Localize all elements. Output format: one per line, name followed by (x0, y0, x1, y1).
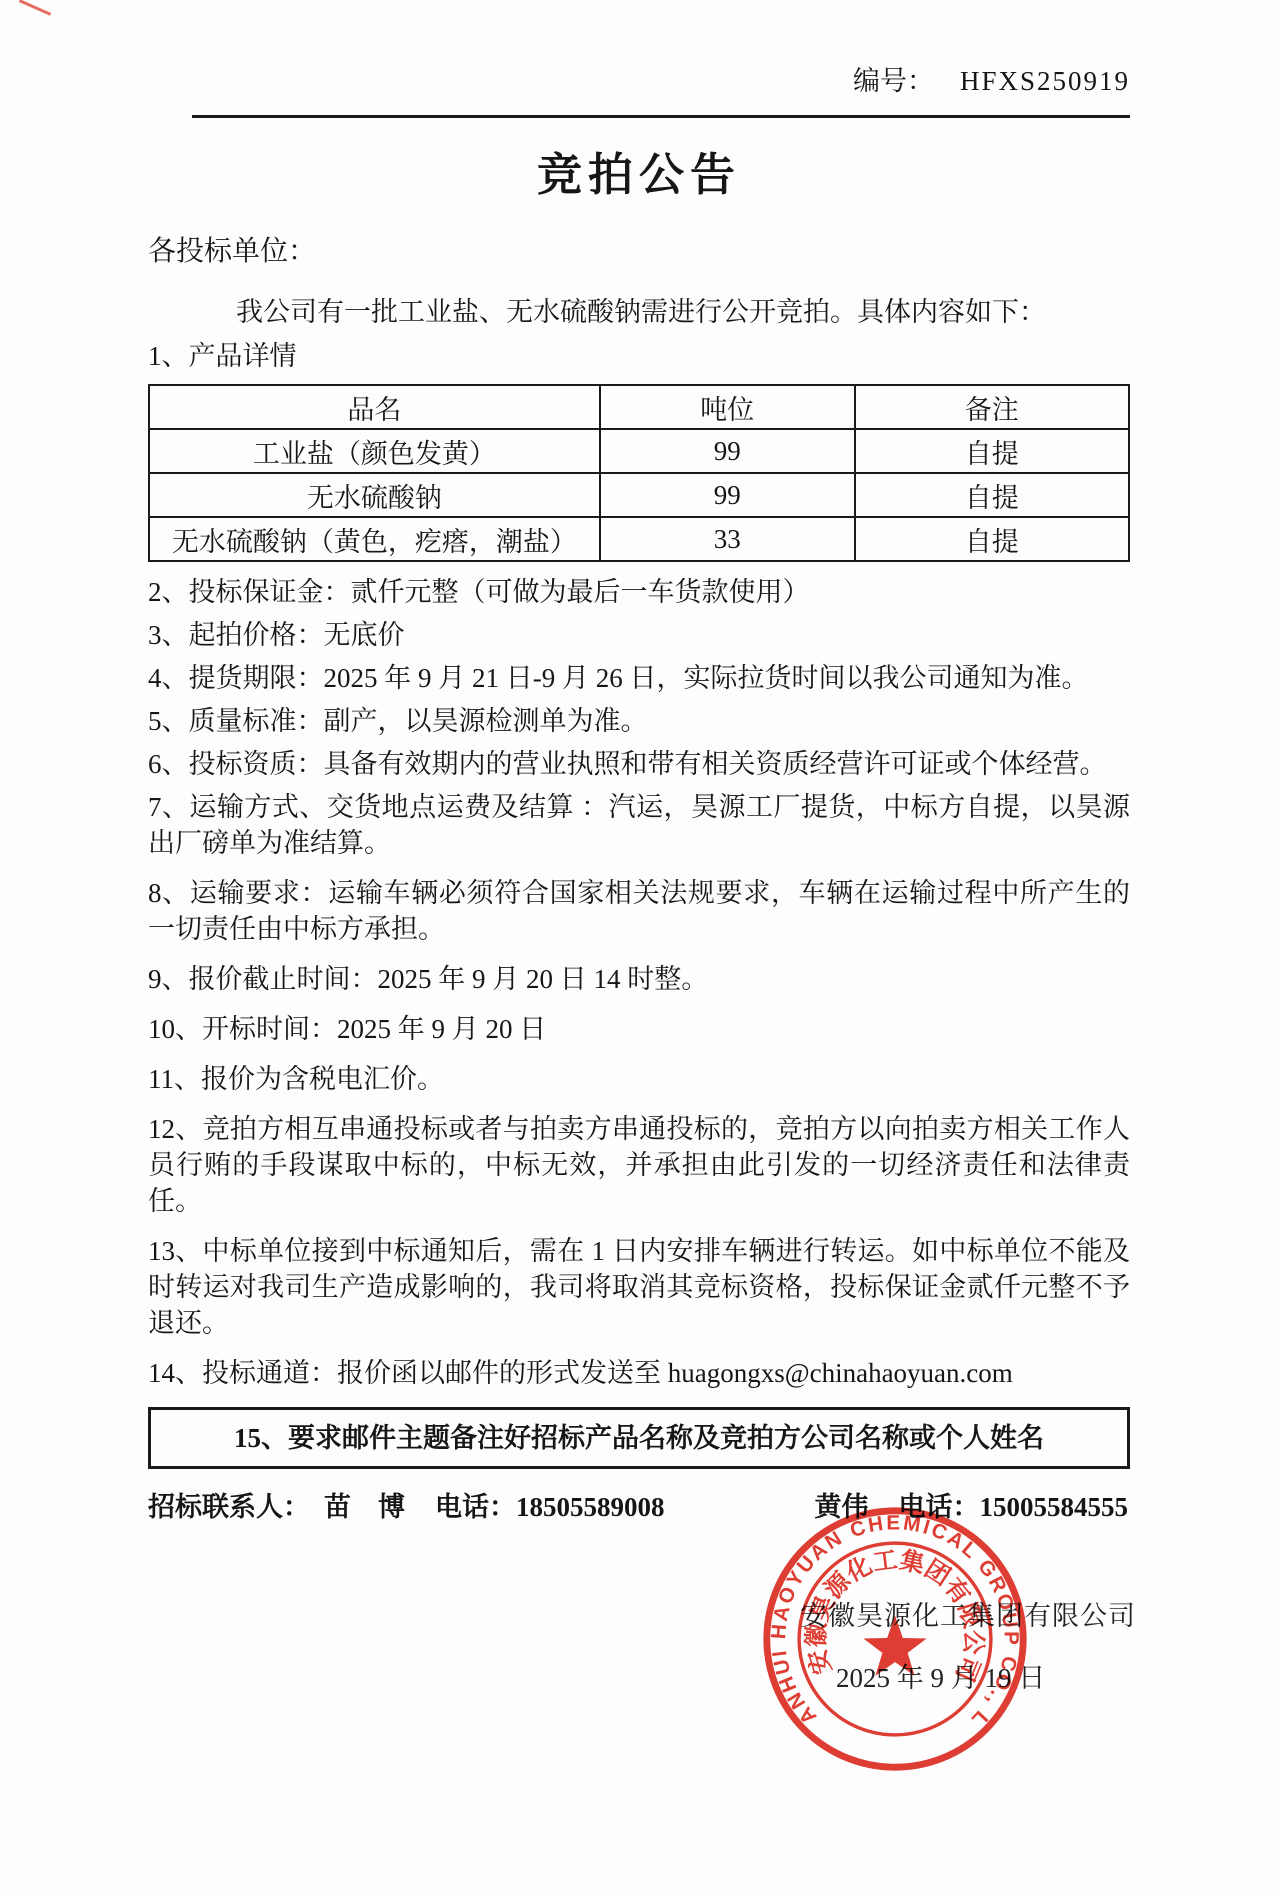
page-title: 竞拍公告 (148, 144, 1130, 206)
notice-item-3: 3、起拍价格：无底价 (148, 617, 1130, 653)
product-name: 无水硫酸钠（黄色，疙瘩，潮盐） (149, 517, 600, 561)
product-tonnage: 99 (600, 473, 855, 517)
column-header-name: 品名 (149, 385, 600, 429)
product-tonnage: 33 (600, 517, 855, 561)
notice-item-6: 6、投标资质：具备有效期内的营业执照和带有相关资质经营许可证或个体经营。 (148, 746, 1130, 782)
product-name: 无水硫酸钠 (149, 473, 600, 517)
contact-1-name: 苗 博 (324, 1489, 405, 1525)
notice-item-13: 13、中标单位接到中标通知后，需在 1 日内安排车辆进行转运。如中标单位不能及时… (148, 1233, 1130, 1341)
doc-number-label: 编号： (853, 66, 934, 96)
doc-number-value: HFXS250919 (960, 66, 1130, 96)
doc-number-line: 编号：HFXS250919 (148, 0, 1130, 100)
table-row: 无水硫酸钠（黄色，疙瘩，潮盐） 33 自提 (149, 517, 1129, 561)
notice-item-7: 7、运输方式、交货地点运费及结算 ：汽运，昊源工厂提货，中标方自提，以昊源出厂磅… (148, 789, 1130, 861)
notice-item-11: 11、报价为含税电汇价。 (148, 1061, 1130, 1097)
product-table: 品名 吨位 备注 工业盐（颜色发黄） 99 自提 无水硫酸钠 99 自提 无水硫… (148, 384, 1130, 562)
notice-item-4: 4、提货期限：2025 年 9 月 21 日-9 月 26 日，实际拉货时间以我… (148, 660, 1130, 696)
table-row: 工业盐（颜色发黄） 99 自提 (149, 429, 1129, 473)
intro-paragraph: 我公司有一批工业盐、无水硫酸钠需进行公开竞拍。具体内容如下： (148, 292, 1130, 332)
product-note: 自提 (855, 517, 1129, 561)
product-note: 自提 (855, 429, 1129, 473)
notice-item-8: 8、运输要求：运输车辆必须符合国家相关法规要求，车辆在运输过程中所产生的一切责任… (148, 875, 1130, 947)
notice-item-2: 2、投标保证金：贰仟元整（可做为最后一车货款使用） (148, 574, 1130, 610)
scan-artifact-mark (19, 0, 51, 16)
section-1-label: 1、产品详情 (148, 336, 1130, 376)
table-row: 无水硫酸钠 99 自提 (149, 473, 1129, 517)
auction-notice-document: 编号：HFXS250919 竞拍公告 各投标单位： 我公司有一批工业盐、无水硫酸… (0, 0, 1280, 1895)
table-header-row: 品名 吨位 备注 (149, 385, 1129, 429)
salutation: 各投标单位： (148, 232, 1130, 272)
column-header-note: 备注 (855, 385, 1129, 429)
product-tonnage: 99 (600, 429, 855, 473)
product-name: 工业盐（颜色发黄） (149, 429, 600, 473)
notice-item-9: 9、报价截止时间：2025 年 9 月 20 日 14 时整。 (148, 961, 1130, 997)
contact-label: 招标联系人： (148, 1489, 310, 1525)
company-seal-stamp: ANHUI HAOYUAN CHEMICAL GROUP CO., LTD. 安… (758, 1502, 1032, 1776)
contact-1-phone-label: 电话： (435, 1489, 516, 1525)
notice-item-5: 5、质量标准：副产，以昊源检测单为准。 (148, 703, 1130, 739)
seal-star-icon (863, 1616, 926, 1676)
notice-item-10: 10、开标时间：2025 年 9 月 20 日 (148, 1011, 1130, 1047)
column-header-tonnage: 吨位 (600, 385, 855, 429)
product-note: 自提 (855, 473, 1129, 517)
header-rule (192, 115, 1130, 118)
notice-item-12: 12、竞拍方相互串通投标或者与拍卖方串通投标的，竞拍方以向拍卖方相关工作人员行贿… (148, 1111, 1130, 1219)
notice-item-15-boxed: 15、要求邮件主题备注好招标产品名称及竞拍方公司名称或个人姓名 (148, 1407, 1130, 1469)
contact-1-phone: 18505589008 (516, 1489, 665, 1525)
notice-item-14: 14、投标通道：报价函以邮件的形式发送至 huagongxs@chinahaoy… (148, 1355, 1130, 1391)
